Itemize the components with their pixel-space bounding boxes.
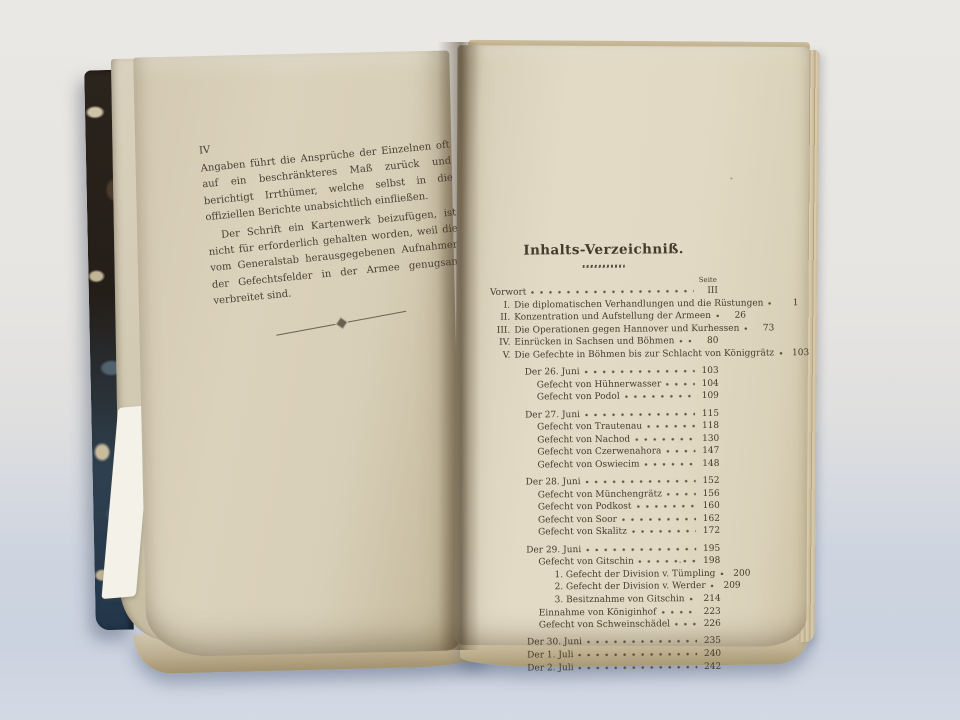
dot-leader <box>635 433 695 442</box>
toc-page-number: 195 <box>698 545 720 555</box>
dot-leader <box>639 555 697 564</box>
toc-page-number: 214 <box>699 595 721 605</box>
dot-leader <box>579 661 698 670</box>
toc-row: Vorwort III <box>490 285 718 298</box>
toc-page-number: 130 <box>697 435 719 445</box>
toc-row: I. Die diplomatischen Verhandlungen und … <box>490 298 718 311</box>
toc-entry-label: Gefecht von Oswiecim <box>537 460 639 470</box>
right-page: Inhalts-Verzeichniß. Seite Vorwort III I… <box>454 45 809 647</box>
toc-page-number: 209 <box>719 582 741 592</box>
toc-title: Inhalts-Verzeichniß. <box>490 241 718 259</box>
toc-entry-label: Vorwort <box>490 289 527 299</box>
toc-entry-label: Der 2. Juli <box>527 664 573 674</box>
dot-leader <box>716 310 722 318</box>
toc-row: Der 26. Juni 103 <box>491 365 719 378</box>
toc-entry-label: Gefecht von Münchengrätz <box>538 490 662 500</box>
toc-entry-label: Gefecht von Podkost <box>538 503 632 513</box>
toc-page-number: 152 <box>698 477 720 487</box>
toc-row: Gefecht von Oswiecim 148 <box>491 458 719 471</box>
toc-page-number: 242 <box>699 662 721 672</box>
dot-leader <box>625 390 695 399</box>
toc-page-number: 103 <box>697 367 719 377</box>
toc-row: Einnahme von Königinhof 223 <box>493 605 721 618</box>
dot-leader <box>661 606 696 614</box>
table-of-contents: Inhalts-Verzeichniß. Seite Vorwort III I… <box>490 241 722 674</box>
toc-entry-label: Die Operationen gegen Hannover und Kurhe… <box>514 325 739 336</box>
toc-page-number: III <box>696 287 718 297</box>
dot-leader <box>744 322 750 330</box>
toc-page-number: 226 <box>699 620 721 630</box>
toc-entry-label: Der 26. Juni <box>525 368 580 378</box>
toc-row: Gefecht von Nachod 130 <box>491 433 719 446</box>
toc-row: Der 2. Juli 242 <box>493 660 721 673</box>
dot-leader <box>636 500 695 509</box>
book: IV Angaben führt die Ansprüche der Einze… <box>88 38 860 658</box>
toc-entry-label: Der 27. Juni <box>525 411 580 421</box>
toc-row: II. Konzentration und Aufstellung der Ar… <box>490 310 718 323</box>
toc-entry-label: Gefecht von Czerwenahora <box>537 448 661 458</box>
ornament-diamond <box>336 318 346 328</box>
toc-row: 2. Gefecht der Division v. Werder 209 <box>493 580 721 593</box>
toc-entry-label: Konzentration und Aufstellung der Armeen <box>514 312 711 323</box>
toc-page-number: 235 <box>699 637 721 647</box>
toc-entry-label: Der 30. Juni <box>527 639 582 649</box>
toc-page-number: 73 <box>752 324 774 334</box>
dot-leader <box>587 636 697 645</box>
toc-entry-label: Der 1. Juli <box>527 651 573 661</box>
toc-chapter-numeral: V. <box>490 352 514 362</box>
ornament-line <box>276 324 335 336</box>
ornament-line <box>348 311 407 323</box>
toc-row: Gefecht von Hühnerwasser 104 <box>491 378 719 391</box>
toc-entry-label: Die Gefechte in Böhmen bis zur Schlacht … <box>514 349 774 361</box>
dot-leader <box>644 458 695 466</box>
toc-entry-label: 2. Gefecht der Division v. Werder <box>555 582 706 593</box>
dot-leader <box>679 335 694 343</box>
toc-row: Gefecht von Skalitz 172 <box>492 525 720 538</box>
dot-leader <box>586 475 696 484</box>
dot-leader <box>720 568 726 576</box>
toc-row: Gefecht von Trautenau 118 <box>491 420 719 433</box>
toc-entry-label: Einrücken in Sachsen und Böhmen <box>514 338 674 349</box>
toc-row: Gefecht von Gitschin 198 <box>492 555 720 568</box>
dot-leader <box>585 365 695 374</box>
toc-page-number: 26 <box>724 312 746 322</box>
toc-page-number: 156 <box>698 490 720 500</box>
toc-entry-label: Gefecht von Trautenau <box>537 423 642 433</box>
dot-leader <box>690 593 697 601</box>
dot-leader <box>779 347 785 355</box>
toc-entry-label: Der 28. Juni <box>526 478 581 488</box>
toc-page-number: 147 <box>697 447 719 457</box>
toc-row: Gefecht von Münchengrätz 156 <box>492 488 720 501</box>
toc-entry-label: Gefecht von Podol <box>537 393 620 403</box>
toc-entry-label: 1. Gefecht der Division v. Tümpling <box>554 570 715 581</box>
dot-leader <box>585 408 695 417</box>
toc-row: III. Die Operationen gegen Hannover und … <box>490 323 718 336</box>
toc-entry-label: Gefecht von Gitschin <box>538 558 634 568</box>
toc-row: IV. Einrücken in Sachsen und Böhmen 80 <box>490 335 718 348</box>
toc-row: Gefecht von Czerwenahora 147 <box>491 445 719 458</box>
left-page: IV Angaben führt die Ansprüche der Einze… <box>133 50 463 657</box>
toc-row: Der 1. Juli 240 <box>493 648 721 661</box>
toc-row: Gefecht von Podol 109 <box>491 390 719 403</box>
toc-page-number: 1 <box>776 299 798 309</box>
dot-leader <box>622 513 696 522</box>
toc-entry-label: 3. Besitznahme von Gitschin <box>555 595 685 605</box>
title-rule-ornament <box>583 265 625 268</box>
toc-chapter-numeral: II. <box>490 314 514 324</box>
toc-entry-label: Gefecht von Schweinschädel <box>539 620 670 631</box>
toc-entry-label: Gefecht von Skalitz <box>538 528 627 538</box>
toc-entry-label: Gefecht von Soor <box>538 516 617 526</box>
toc-chapter-numeral: III. <box>490 326 514 336</box>
toc-row: 1. Gefecht der Division v. Tümpling 200 <box>492 568 720 581</box>
toc-row: Der 29. Juni 195 <box>492 543 720 556</box>
toc-chapter-numeral: IV. <box>490 339 514 349</box>
dot-leader <box>666 445 695 453</box>
dot-leader <box>711 580 717 588</box>
dot-leader <box>632 526 696 535</box>
toc-row: Gefecht von Podkost 160 <box>492 500 720 513</box>
toc-row: Der 28. Juni 152 <box>492 475 720 488</box>
toc-row: Gefecht von Soor 162 <box>492 513 720 526</box>
dot-leader <box>647 420 695 428</box>
toc-page-number: 109 <box>697 392 719 402</box>
dot-leader <box>531 285 694 294</box>
toc-page-number: 118 <box>697 422 719 432</box>
toc-page-number: 200 <box>728 570 750 580</box>
toc-page-number: 115 <box>697 410 719 420</box>
toc-page-number: 103 <box>787 349 809 359</box>
toc-row: V. Die Gefechte in Böhmen bis zur Schlac… <box>490 348 718 361</box>
toc-entry-label: Gefecht von Hühnerwasser <box>537 380 662 390</box>
toc-entry-label: Gefecht von Nachod <box>537 435 630 445</box>
toc-list: Vorwort III I. Die diplomatischen Verhan… <box>490 285 721 674</box>
photo-of-open-book: IV Angaben führt die Ansprüche der Einze… <box>0 0 960 720</box>
dot-leader <box>675 618 697 626</box>
toc-row: 3. Besitznahme von Gitschin 214 <box>493 593 721 606</box>
toc-entry-label: Die diplomatischen Verhandlungen und die… <box>514 299 763 311</box>
toc-entry-label: Der 29. Juni <box>526 546 581 556</box>
dot-leader <box>667 488 696 496</box>
dot-leader <box>578 648 697 657</box>
toc-row: Gefecht von Schweinschädel 226 <box>493 618 721 631</box>
toc-page-number: 162 <box>698 515 720 525</box>
toc-page-number: 223 <box>699 607 721 617</box>
toc-page-number: 160 <box>698 502 720 512</box>
toc-page-number: 80 <box>696 337 718 347</box>
toc-page-number: 198 <box>698 557 720 567</box>
toc-entry-label: Einnahme von Königinhof <box>539 608 657 618</box>
toc-page-number: 240 <box>699 650 721 660</box>
divider-ornament <box>276 308 407 339</box>
toc-page-number: 172 <box>698 527 720 537</box>
dot-leader <box>666 378 695 386</box>
toc-row: Der 27. Juni 115 <box>491 408 719 421</box>
toc-page-number: 104 <box>697 380 719 390</box>
left-page-text-block: IV Angaben führt die Ansprüche der Einze… <box>198 120 466 339</box>
toc-page-number: 148 <box>697 460 719 470</box>
dot-leader <box>768 297 774 305</box>
toc-chapter-numeral: I. <box>490 301 514 311</box>
dot-leader <box>586 543 696 552</box>
toc-row: Der 30. Juni 235 <box>493 635 721 648</box>
